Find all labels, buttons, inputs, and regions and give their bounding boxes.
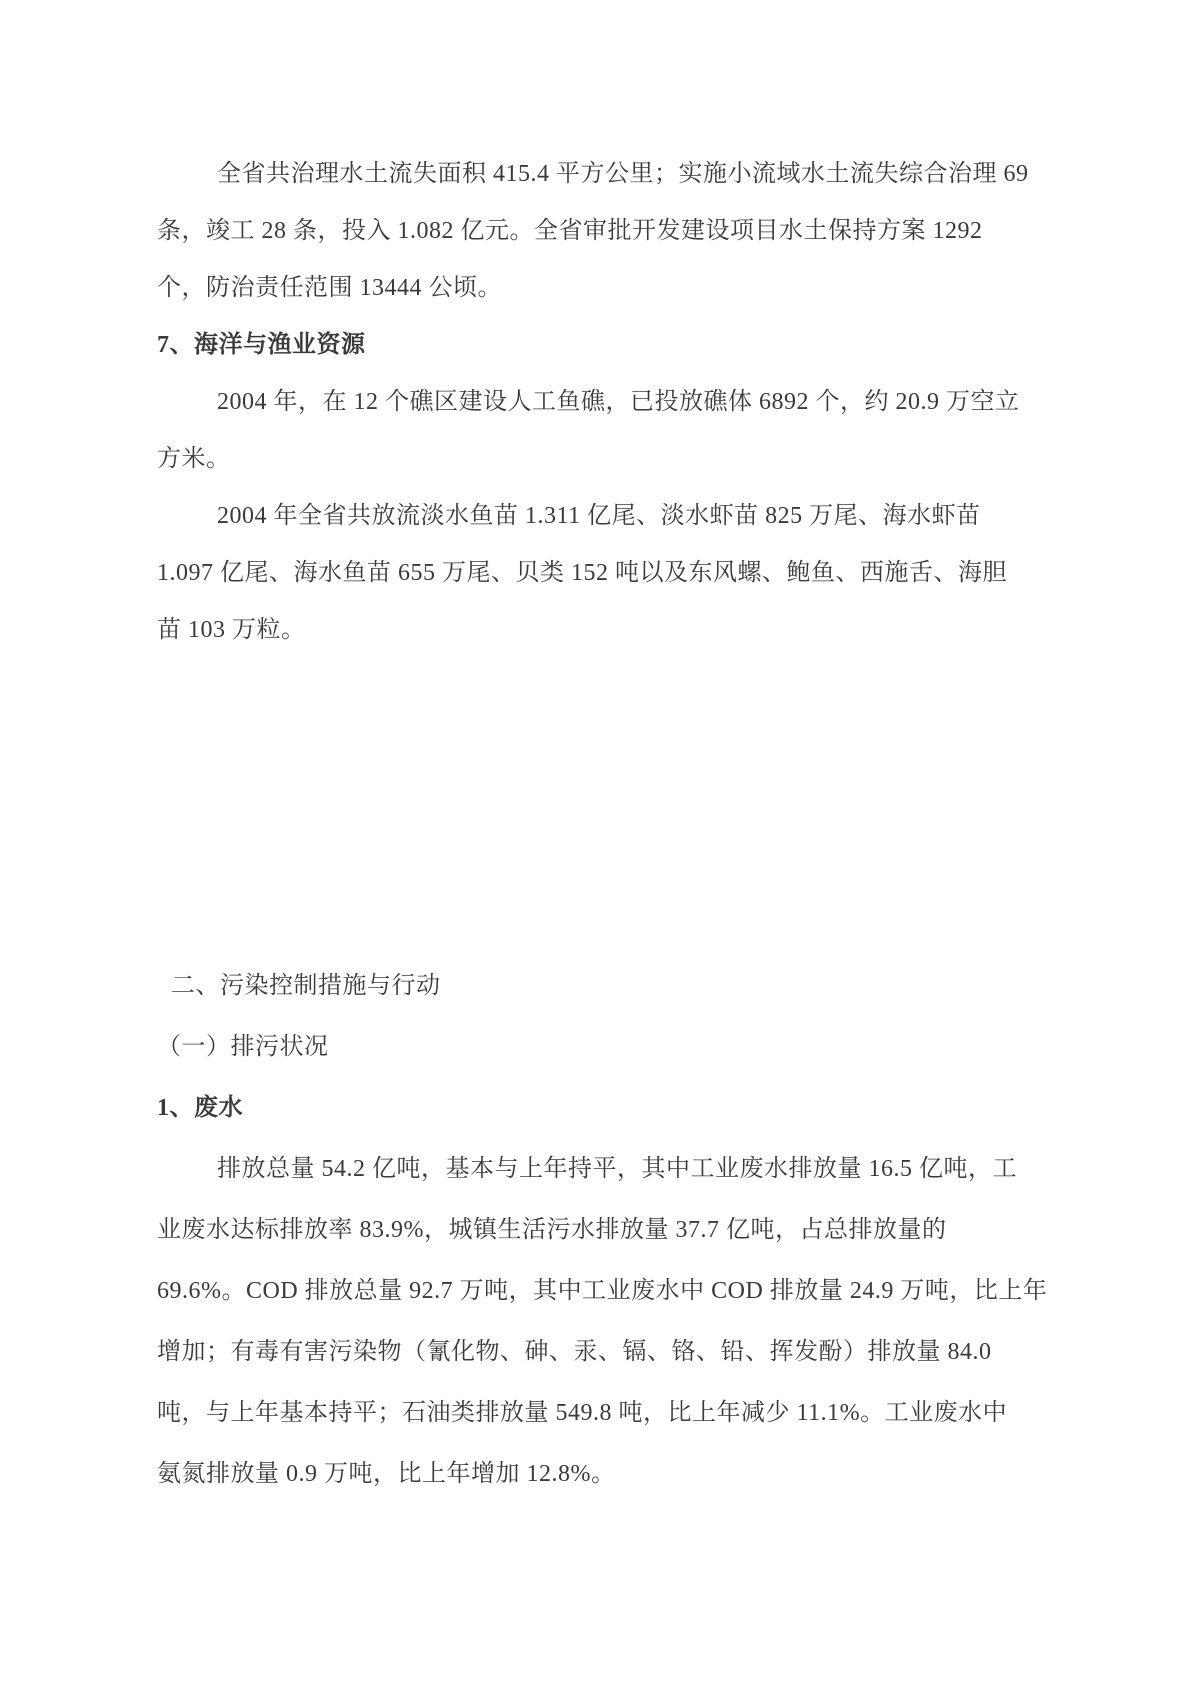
text-line: 排放总量 54.2 亿吨，基本与上年持平，其中工业废水排放量 16.5 亿吨，工 <box>157 1139 1037 1200</box>
heading-pollution-control-section: 二、污染控制措施与行动 <box>157 956 1037 1017</box>
paragraph-artificial-reef: 2004 年，在 12 个礁区建设人工鱼礁，已投放礁体 6892 个，约 20.… <box>157 374 1037 488</box>
heading-discharge-status-subsection: （一）排污状况 <box>157 1017 1037 1078</box>
paragraph-fry-release: 2004 年全省共放流淡水鱼苗 1.311 亿尾、淡水虾苗 825 万尾、海水虾… <box>157 488 1037 659</box>
text-line: 条，竣工 28 条，投入 1.082 亿元。全省审批开发建设项目水土保持方案 1… <box>157 203 1037 260</box>
text-line: 业废水达标排放率 83.9%，城镇生活污水排放量 37.7 亿吨，占总排放量的 <box>157 1200 1037 1261</box>
text-line: 吨，与上年基本持平；石油类排放量 549.8 吨，比上年减少 11.1%。工业废… <box>157 1383 1037 1444</box>
text-line: 2004 年全省共放流淡水鱼苗 1.311 亿尾、淡水虾苗 825 万尾、海水虾… <box>157 488 1037 545</box>
section-upper-page: 全省共治理水土流失面积 415.4 平方公里；实施小流域水土流失综合治理 69 … <box>157 146 1037 659</box>
heading-wastewater: 1、废水 <box>157 1078 1037 1139</box>
heading-marine-fishery-resources: 7、海洋与渔业资源 <box>157 317 1037 374</box>
text-line: 个，防治责任范围 13444 公顷。 <box>157 260 1037 317</box>
text-line: 氨氮排放量 0.9 万吨，比上年增加 12.8%。 <box>157 1444 1037 1505</box>
text-line: 2004 年，在 12 个礁区建设人工鱼礁，已投放礁体 6892 个，约 20.… <box>157 374 1037 431</box>
text-line: 方米。 <box>157 431 1037 488</box>
paragraph-soil-conservation: 全省共治理水土流失面积 415.4 平方公里；实施小流域水土流失综合治理 69 … <box>157 146 1037 317</box>
text-line: 苗 103 万粒。 <box>157 602 1037 659</box>
page-break-gap <box>157 659 1191 956</box>
section-pollution-control: 二、污染控制措施与行动 （一）排污状况 1、废水 排放总量 54.2 亿吨，基本… <box>157 956 1037 1505</box>
text-line: 增加；有毒有害污染物（氰化物、砷、汞、镉、铬、铅、挥发酚）排放量 84.0 <box>157 1322 1037 1383</box>
document-page: 全省共治理水土流失面积 415.4 平方公里；实施小流域水土流失综合治理 69 … <box>0 0 1191 1684</box>
paragraph-wastewater-stats: 排放总量 54.2 亿吨，基本与上年持平，其中工业废水排放量 16.5 亿吨，工… <box>157 1139 1037 1505</box>
text-line: 69.6%。COD 排放总量 92.7 万吨，其中工业废水中 COD 排放量 2… <box>157 1261 1037 1322</box>
text-line: 1.097 亿尾、海水鱼苗 655 万尾、贝类 152 吨以及东风螺、鲍鱼、西施… <box>157 545 1037 602</box>
text-line: 全省共治理水土流失面积 415.4 平方公里；实施小流域水土流失综合治理 69 <box>157 146 1037 203</box>
